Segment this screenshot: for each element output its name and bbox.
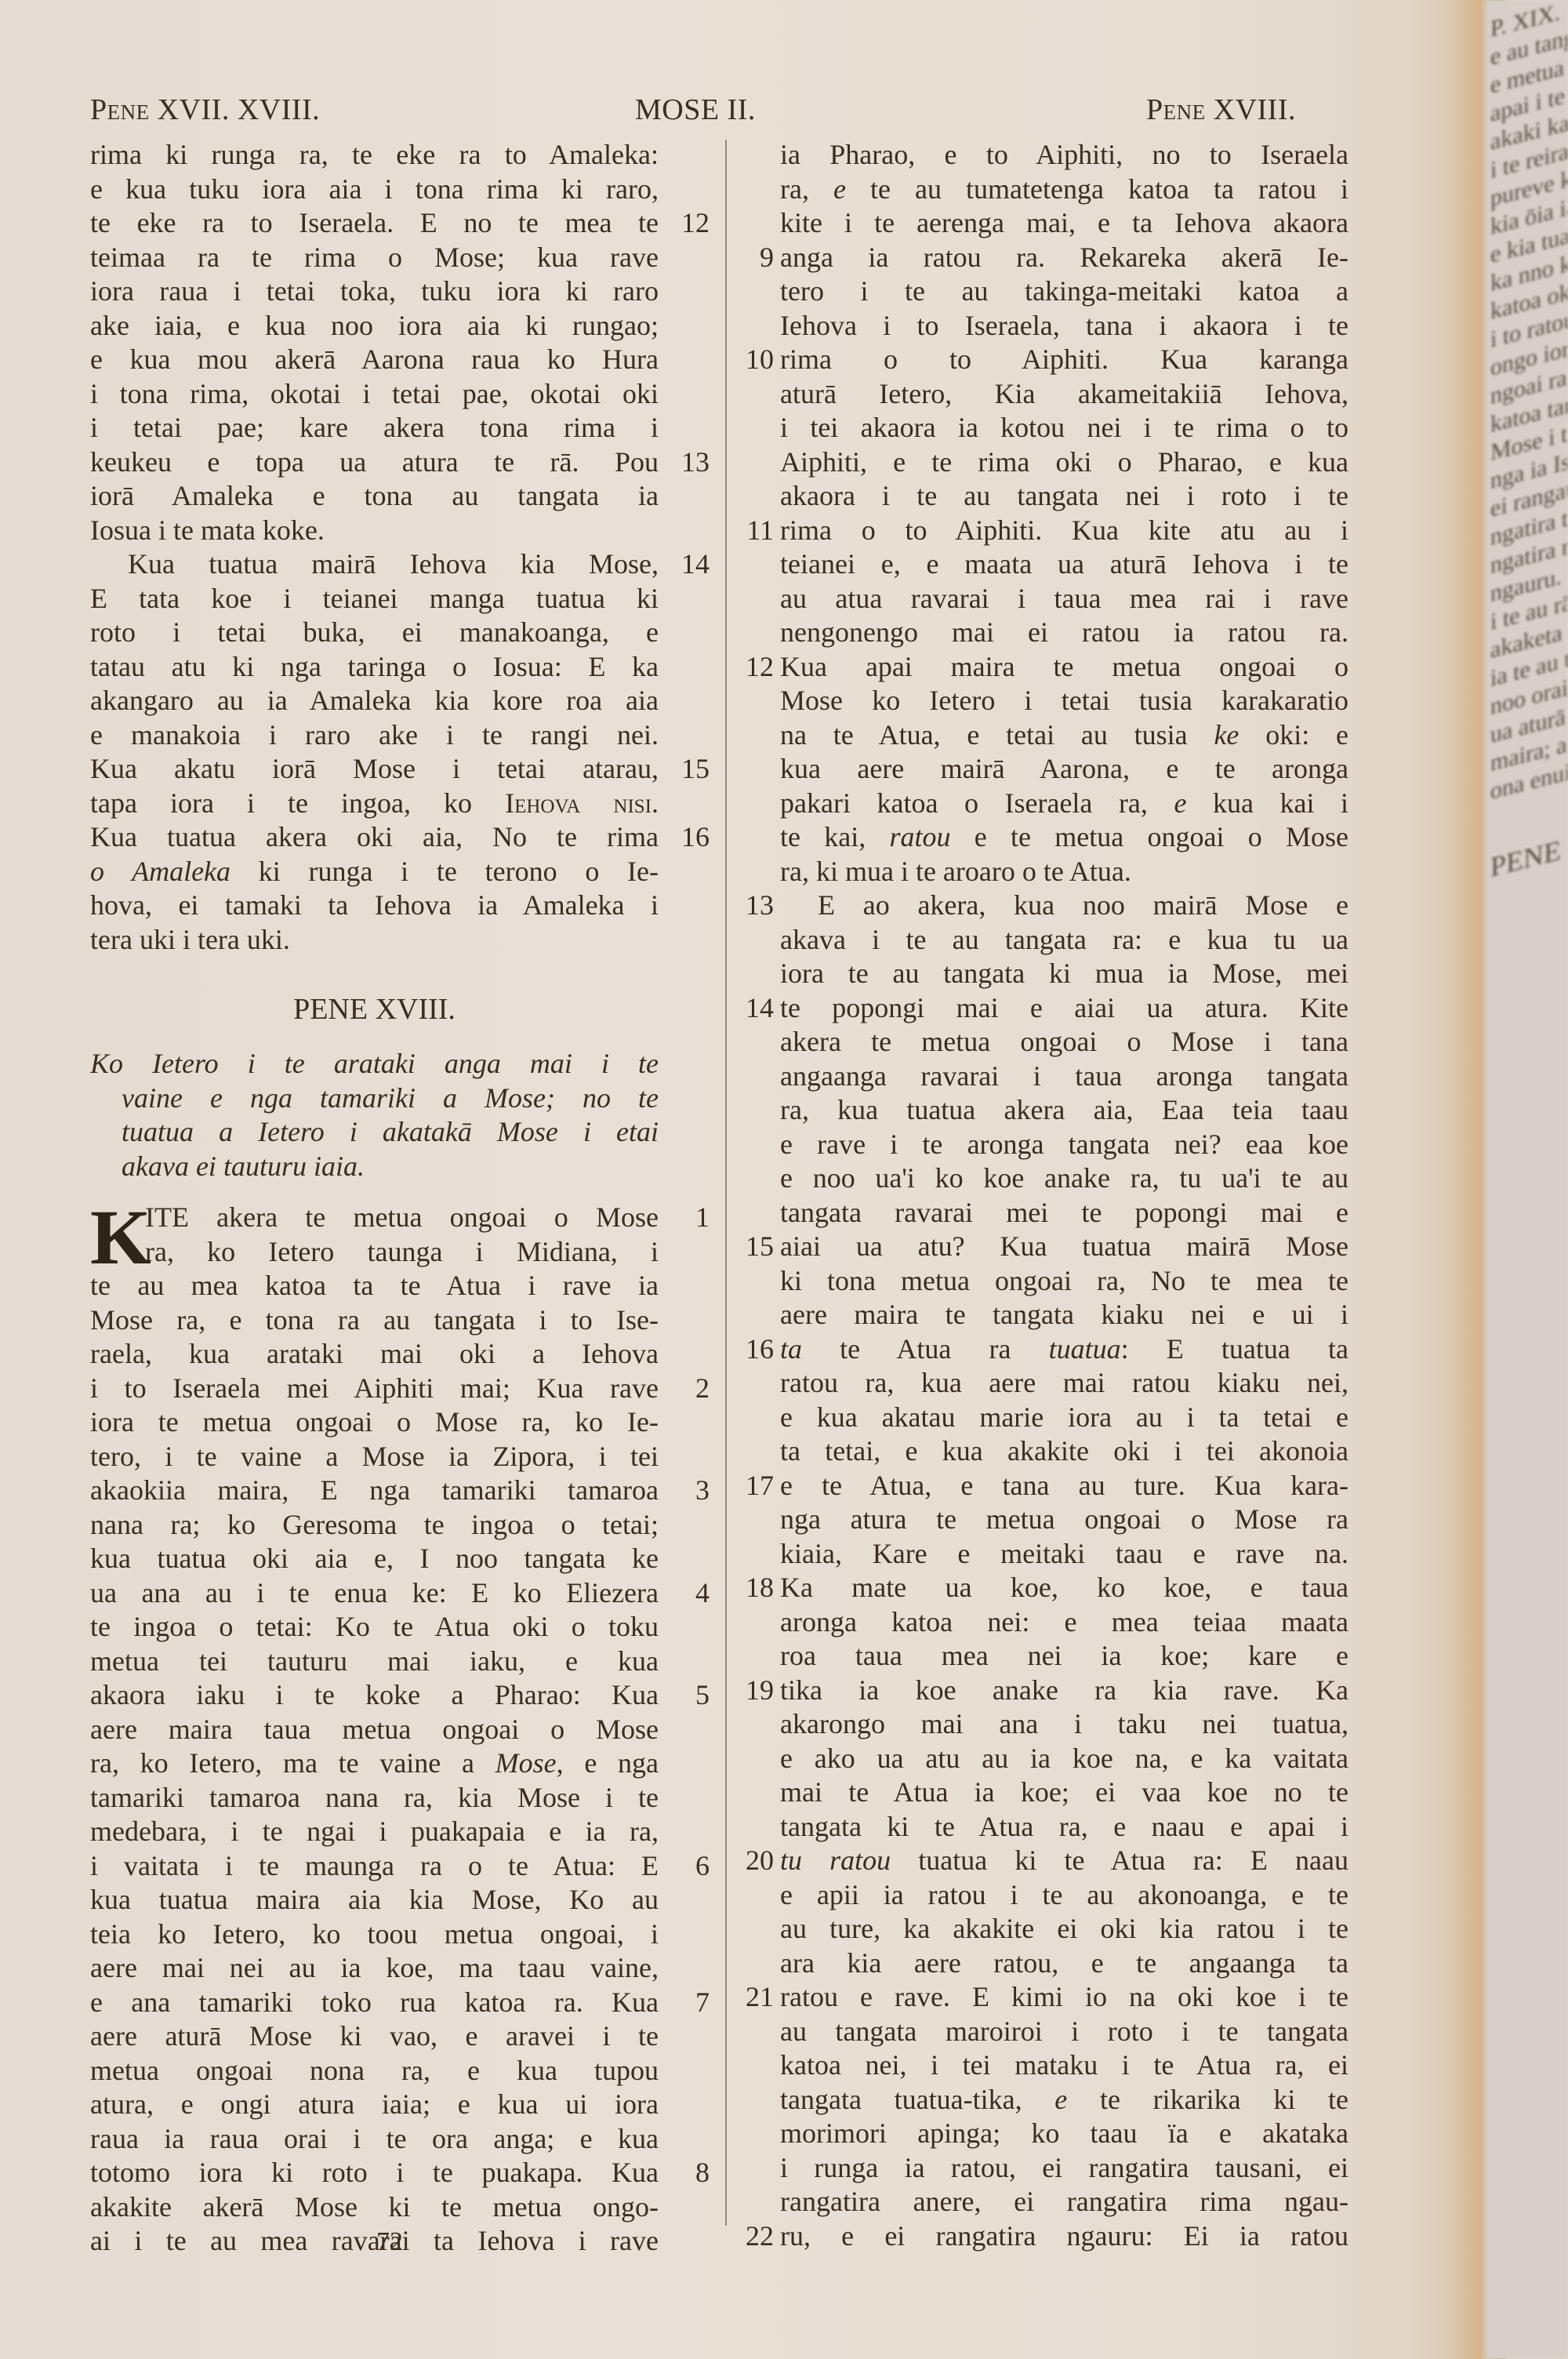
text-line: i tona rima, okotai i tetai pae, okotai … [90, 377, 686, 412]
line-text: i to Iseraela mei Aiphiti mai; Kua rave [90, 1372, 659, 1406]
line-text: akera te metua ongoai o Mose i tana [780, 1025, 1348, 1060]
text-line: i runga ia ratou, ei rangatira tausani, … [733, 2151, 1360, 2186]
line-text: Mose ra, e tona ra au tangata i to Ise- [90, 1303, 659, 1338]
text-line: e ako ua atu au ia koe na, e ka vaitata [733, 1742, 1360, 1776]
text-line: e te Atua, e tana au ture. Kua kara-17 [733, 1469, 1360, 1503]
summary-line: tuatua a Ietero i akatakā Mose i etai [90, 1115, 659, 1150]
text-line: keukeu e topa ua atura te rā. Pou13 [90, 445, 686, 480]
line-text: e kua mou akerā Aarona raua ko Hura [90, 343, 659, 377]
line-text: iora te metua ongoai o Mose ra, ko Ie- [90, 1405, 659, 1440]
text-line: morimori apinga; ko taau ïa e akataka [733, 2117, 1360, 2151]
text-line: tangata tuatua-tika, e te rikarika ki te [733, 2083, 1360, 2117]
line-text: rima o to Aiphiti. Kua kite atu au i [780, 514, 1348, 548]
text-line: raua ia raua orai i te ora anga; e kua [90, 2122, 686, 2157]
verse-number: 2 [670, 1372, 710, 1406]
text-line: aiai ua atu? Kua tuatua mairā Mose15 [733, 1230, 1360, 1264]
text-line: medebara, i te ngai i puakapaia e ia ra, [90, 1815, 686, 1849]
line-text: angaanga ravarai i taua aronga tangata [780, 1060, 1348, 1094]
line-text: E tata koe i teianei manga tuatua ki [90, 582, 659, 616]
text-line: Kua akatu iorā Mose i tetai atarau,15 [90, 752, 686, 787]
line-text: aere aturā Mose ki vao, e aravei i te [90, 2019, 659, 2054]
line-text: ua ana au i te enua ke: E ko Eliezera [90, 1576, 659, 1611]
text-line: akakite akerā Mose ki te metua ongo- [90, 2190, 686, 2225]
line-text: te kai, ratou e te metua ongoai o Mose [780, 820, 1348, 855]
text-line: iorā Amaleka e tona au tangata ia [90, 479, 686, 514]
summary-text: akava ei tauturu iaia. [90, 1150, 659, 1184]
line-text: au ture, ka akakite ei oki kia ratou i t… [780, 1912, 1348, 1946]
verse-number: 4 [670, 1576, 710, 1611]
line-text: rima o to Aiphiti. Kua karanga [780, 343, 1348, 377]
line-text: roa taua mea nei ia koe; kare e [780, 1639, 1348, 1674]
line-text: tero i te au takinga-meitaki katoa a [780, 274, 1348, 309]
text-line: i tetai pae; kare akera tona rima i [90, 411, 686, 445]
text-line: tapa iora i te ingoa, ko Iehova nisi. [90, 787, 686, 821]
summary-line: Ko Ietero i te arataki anga mai i te [90, 1047, 659, 1081]
line-text: raela, kua arataki mai oki a Iehova [90, 1337, 659, 1372]
text-line: kiaia, Kare e meitaki taau e rave na. [733, 1537, 1360, 1572]
line-text: ra, kua tuatua akera aia, Eaa teia taau [780, 1093, 1348, 1128]
text-line: ra, ko Ietero, ma te vaine a Mose, e nga [90, 1747, 686, 1781]
verse-number: 13 [733, 889, 774, 923]
line-text: rangatira anere, ei rangatira rima ngau- [780, 2185, 1348, 2219]
text-line: katoa nei, i tei mataku i te Atua ra, ei [733, 2048, 1360, 2083]
text-line: e rave i te aronga tangata nei? eaa koe [733, 1128, 1360, 1162]
line-text: atura, e ongi atura iaia; e kua ui iora [90, 2088, 659, 2122]
verse-number: 15 [670, 752, 710, 787]
line-text: te au mea katoa ta te Atua i rave ia [90, 1269, 659, 1303]
line-text: metua ongoai nona ra, e kua tupou [90, 2054, 659, 2088]
text-line: Aiphiti, e te rima oki o Pharao, e kua [733, 445, 1360, 480]
text-line: akaora i te au tangata nei i roto i te [733, 479, 1360, 514]
line-text: e te Atua, e tana au ture. Kua kara- [780, 1469, 1348, 1503]
text-line: mai te Atua ia koe; ei vaa koe no te [733, 1776, 1360, 1810]
line-text: kite i te aerenga mai, e ta Iehova akaor… [780, 206, 1348, 241]
text-line: i tei akaora ia kotou nei i te rima o to [733, 411, 1360, 445]
line-text: i runga ia ratou, ei rangatira tausani, … [780, 2151, 1348, 2186]
verse-number: 18 [733, 1571, 774, 1605]
line-text: e apii ia ratou i te au akonoanga, e te [780, 1878, 1348, 1913]
verse-number: 10 [733, 343, 774, 377]
text-line: anga ia ratou ra. Rekareka akerā Ie-9 [733, 241, 1360, 275]
text-line: au atua ravarai i taua mea rai i rave [733, 582, 1360, 616]
text-line: ra, kua tuatua akera aia, Eaa teia taau [733, 1093, 1360, 1128]
text-line: Kua tuatua akera oki aia, No te rima16 [90, 820, 686, 855]
verse-number: 17 [733, 1469, 774, 1503]
line-text: aere maira te tangata kiaku nei e ui i [780, 1298, 1348, 1332]
line-text: akarongo mai ana i taku nei tuatua, [780, 1707, 1348, 1742]
verse-number: 9 [733, 241, 774, 275]
text-line: ratou e rave. E kimi io na oki koe i te2… [733, 1980, 1360, 2015]
running-head-left: Pene XVII. XVIII. [90, 93, 320, 127]
line-text: akaora iaku i te koke a Pharao: Kua [90, 1678, 659, 1713]
text-line: tangata ravarai mei te popongi mai e [733, 1196, 1360, 1230]
text-line: ra, ki mua i te aroaro o te Atua. [733, 855, 1360, 889]
verse-number: 20 [733, 1844, 774, 1878]
text-line: au tangata maroiroi i roto i te tangata [733, 2015, 1360, 2049]
text-line: ta tetai, e kua akakite oki i tei akonoi… [733, 1434, 1360, 1469]
chapter-summary: Ko Ietero i te arataki anga mai i tevain… [90, 1047, 659, 1183]
text-line: tero i te au takinga-meitaki katoa a [733, 274, 1360, 309]
text-line: Kua apai maira te metua ongoai o12 [733, 650, 1360, 685]
line-text: tapa iora i te ingoa, ko Iehova nisi. [90, 787, 659, 821]
line-text: nengonengo mai ei ratou ia ratou ra. [780, 616, 1348, 650]
line-text: katoa nei, i tei mataku i te Atua ra, ei [780, 2048, 1348, 2083]
verse-number: 22 [733, 2219, 774, 2254]
verse-number: 21 [733, 1980, 774, 2015]
text-line: rima o to Aiphiti. Kua kite atu au i11 [733, 514, 1360, 548]
line-text: Iehova i to Iseraela, tana i akaora i te [780, 309, 1348, 343]
text-line: aere aturā Mose ki vao, e aravei i te [90, 2019, 686, 2054]
text-line: akaora iaku i te koke a Pharao: Kua5 [90, 1678, 686, 1713]
text-line: teia ko Ietero, ko toou metua ongoai, i [90, 1917, 686, 1952]
text-line: o Amaleka ki runga i te terono o Ie- [90, 855, 686, 889]
line-text: te eke ra to Iseraela. E no te mea te [90, 206, 659, 241]
text-line: tera uki i tera uki. [90, 923, 686, 958]
right-column: ia Pharao, e to Aiphiti, no to Iseraelar… [733, 138, 1360, 2253]
line-text: Kua tuatua akera oki aia, No te rima [90, 820, 659, 855]
text-line: rima ki runga ra, te eke ra to Amaleka: [90, 138, 686, 173]
text-line: akarongo mai ana i taku nei tuatua, [733, 1707, 1360, 1742]
line-text: ratou e rave. E kimi io na oki koe i te [780, 1980, 1348, 2015]
text-line: tangata ki te Atua ra, e naau e apai i [733, 1810, 1360, 1845]
line-text: akakite akerā Mose ki te metua ongo- [90, 2190, 659, 2225]
line-text: tu ratou tuatua ki te Atua ra: E naau [780, 1844, 1348, 1878]
line-text: e kua akatau marie iora au i ta tetai e [780, 1401, 1348, 1435]
line-text: metua tei tauturu mai iaku, e kua [90, 1645, 659, 1679]
verse-number: 14 [733, 991, 774, 1026]
chapter-17-continued: rima ki runga ra, te eke ra to Amaleka:e… [90, 138, 686, 957]
running-head-book-title: MOSE II. [635, 93, 756, 127]
text-line: iora te au tangata ki mua ia Mose, mei [733, 957, 1360, 991]
text-line: ra, e te au tumatetenga katoa ta ratou i [733, 173, 1360, 207]
line-text: o Amaleka ki runga i te terono o Ie- [90, 855, 659, 889]
line-text: au atua ravarai i taua mea rai i rave [780, 582, 1348, 616]
line-text: i vaitata i te maunga ra o te Atua: E [90, 1849, 659, 1884]
text-line: e noo ua'i ko koe anake ra, tu ua'i te a… [733, 1161, 1360, 1196]
text-line: kua tuatua oki aia e, I noo tangata ke [90, 1542, 686, 1576]
text-line: e kua tuku iora aia i tona rima ki raro, [90, 173, 686, 207]
line-text: iorā Amaleka e tona au tangata ia [90, 479, 659, 514]
line-text: kua aere mairā Aarona, e te aronga [780, 752, 1348, 787]
text-line: te au mea katoa ta te Atua i rave ia [90, 1269, 686, 1303]
line-text: mai te Atua ia koe; ei vaa koe no te [780, 1776, 1348, 1810]
facing-chapter-title: PENE XIX. [1490, 834, 1568, 881]
line-text: Aiphiti, e te rima oki o Pharao, e kua [780, 445, 1348, 480]
line-text: totomo iora ki roto i te puakapa. Kua [90, 2156, 659, 2190]
line-text: au tangata maroiroi i roto i te tangata [780, 2015, 1348, 2049]
text-line: au ture, ka akakite ei oki kia ratou i t… [733, 1912, 1360, 1946]
line-text: i tei akaora ia kotou nei i te rima o to [780, 411, 1348, 445]
verse-number: 12 [670, 206, 710, 241]
line-text: keukeu e topa ua atura te rā. Pou [90, 445, 659, 480]
line-text: ta te Atua ra tuatua: E tuatua ta [780, 1332, 1348, 1367]
verse-number: 12 [733, 650, 774, 685]
text-line: i to Iseraela mei Aiphiti mai; Kua rave2 [90, 1372, 686, 1406]
verse-number: 5 [670, 1678, 710, 1713]
line-text: aturā Ietero, Kia akameitakiiā Iehova, [780, 377, 1348, 412]
line-text: Mose ko Ietero i tetai tusia karakaratio [780, 684, 1348, 718]
line-text: Kua tuatua mairā Iehova kia Mose, [90, 547, 659, 582]
text-line: E tata koe i teianei manga tuatua ki [90, 582, 686, 616]
chapter-18-body: K ITE akera te metua ongoai o Mose1ra, k… [90, 1201, 686, 2259]
line-text: kua tuatua maira aia kia Mose, Ko au [90, 1883, 659, 1917]
line-text: ra, ki mua i te aroaro o te Atua. [780, 855, 1348, 889]
book-page: Pene XVII. XVIII. MOSE II. Pene XVIII. r… [0, 0, 1482, 2359]
line-text: ai i te au mea ravarai ta Iehova i rave [90, 2224, 659, 2259]
summary-text: Ko Ietero i te arataki anga mai i te [90, 1047, 659, 1081]
line-text: iora raua i tetai toka, tuku iora ki rar… [90, 274, 659, 309]
line-text: te ingoa o tetai: Ko te Atua oki o toku [90, 1610, 659, 1645]
text-line: ua ana au i te enua ke: E ko Eliezera4 [90, 1576, 686, 1611]
line-text: anga ia ratou ra. Rekareka akerā Ie- [780, 241, 1348, 275]
text-line: pakari katoa o Iseraela ra, e kua kai i [733, 787, 1360, 821]
line-text: tangata tuatua-tika, e te rikarika ki te [780, 2083, 1348, 2117]
line-text: e manakoia i raro ake i te rangi nei. [90, 718, 659, 753]
text-line: ra, ko Ietero taunga i Midiana, i [90, 1235, 686, 1270]
text-line: kua aere mairā Aarona, e te aronga [733, 752, 1360, 787]
line-text: ra, ko Ietero, ma te vaine a Mose, e nga [90, 1747, 659, 1781]
text-line: kite i te aerenga mai, e ta Iehova akaor… [733, 206, 1360, 241]
text-line: te kai, ratou e te metua ongoai o Mose [733, 820, 1360, 855]
line-text: i tetai pae; kare akera tona rima i [90, 411, 659, 445]
summary-line: vaine e nga tamariki a Mose; no te [90, 1081, 659, 1116]
line-text: ra, e te au tumatetenga katoa ta ratou i [780, 173, 1348, 207]
line-text: tangata ravarai mei te popongi mai e [780, 1196, 1348, 1230]
text-line: akera te metua ongoai o Mose i tana [733, 1025, 1360, 1060]
chapter-18-continued: ia Pharao, e to Aiphiti, no to Iseraelar… [733, 138, 1360, 2253]
line-text: aiai ua atu? Kua tuatua mairā Mose [780, 1230, 1348, 1264]
text-line: aturā Ietero, Kia akameitakiiā Iehova, [733, 377, 1360, 412]
text-line: ITE akera te metua ongoai o Mose1 [90, 1201, 686, 1235]
column-divider [725, 140, 727, 2226]
verse-number: 6 [670, 1849, 710, 1884]
line-text: Iosua i te mata koke. [90, 514, 659, 548]
line-text: ia Pharao, e to Aiphiti, no to Iseraela [780, 138, 1348, 173]
summary-line: akava ei tauturu iaia. [90, 1150, 659, 1184]
facing-page-edge: P. XIX. e au tangata neie metua maataapa… [1486, 0, 1568, 2359]
text-line: iora raua i tetai toka, tuku iora ki rar… [90, 274, 686, 309]
verse-number: 7 [670, 1986, 710, 2020]
line-text: ratou ra, kua aere mai ratou kiaku nei, [780, 1366, 1348, 1401]
page-number: 72 [376, 2227, 403, 2257]
text-line: na te Atua, e tetai au tusia ke oki: e [733, 718, 1360, 753]
line-text: e kua tuku iora aia i tona rima ki raro, [90, 173, 659, 207]
line-text: iora te au tangata ki mua ia Mose, mei [780, 957, 1348, 991]
text-line: roto i tetai buka, ei manakoanga, e [90, 616, 686, 650]
line-text: medebara, i te ngai i puakapaia e ia ra, [90, 1815, 659, 1849]
text-line: Mose ra, e tona ra au tangata i to Ise- [90, 1303, 686, 1338]
text-line: ara kia aere ratou, e te angaanga ta [733, 1946, 1360, 1981]
text-line: ake iaia, e kua noo iora aia ki rungao; [90, 309, 686, 343]
line-text: akangaro au ia Amaleka kia kore roa aia [90, 684, 659, 718]
text-line: te popongi mai e aiai ua atura. Kite14 [733, 991, 1360, 1026]
line-text: i tona rima, okotai i tetai pae, okotai … [90, 377, 659, 412]
line-text: e ana tamariki toko rua katoa ra. Kua [90, 1986, 659, 2020]
text-line: teimaa ra te rima o Mose; kua rave [90, 241, 686, 275]
text-line: aere maira te tangata kiaku nei e ui i [733, 1298, 1360, 1332]
line-text: akava i te au tangata ra: e kua tu ua [780, 923, 1348, 958]
line-text: roto i tetai buka, ei manakoanga, e [90, 616, 659, 650]
text-line: ratou ra, kua aere mai ratou kiaku nei, [733, 1366, 1360, 1401]
text-line: atura, e ongi atura iaia; e kua ui iora [90, 2088, 686, 2122]
text-line: metua ongoai nona ra, e kua tupou [90, 2054, 686, 2088]
text-line: e manakoia i raro ake i te rangi nei. [90, 718, 686, 753]
line-text: e noo ua'i ko koe anake ra, tu ua'i te a… [780, 1161, 1348, 1196]
text-line: rangatira anere, ei rangatira rima ngau- [733, 2185, 1360, 2219]
verse-number: 13 [670, 445, 710, 480]
line-text: e rave i te aronga tangata nei? eaa koe [780, 1128, 1348, 1162]
line-text: e ako ua atu au ia koe na, e ka vaitata [780, 1742, 1348, 1776]
line-text: E ao akera, kua noo mairā Mose e [780, 889, 1348, 923]
text-line: akangaro au ia Amaleka kia kore roa aia [90, 684, 686, 718]
line-text: teianei e, e maata ua aturā Iehova i te [780, 547, 1348, 582]
verse-number: 1 [670, 1201, 710, 1235]
running-head-right: Pene XVIII. [1146, 93, 1296, 127]
line-text: nana ra; ko Geresoma te ingoa o tetai; [90, 1508, 659, 1543]
text-line: akava i te au tangata ra: e kua tu ua [733, 923, 1360, 958]
text-line: i vaitata i te maunga ra o te Atua: E6 [90, 1849, 686, 1884]
line-text: kiaia, Kare e meitaki taau e rave na. [780, 1537, 1348, 1572]
text-line: Iehova i to Iseraela, tana i akaora i te [733, 309, 1360, 343]
text-line: roa taua mea nei ia koe; kare e [733, 1639, 1360, 1674]
text-line: aere maira taua metua ongoai o Mose [90, 1713, 686, 1747]
line-text: morimori apinga; ko taau ïa e akataka [780, 2117, 1348, 2151]
text-line: iora te metua ongoai o Mose ra, ko Ie- [90, 1405, 686, 1440]
line-text: ru, e ei rangatira ngauru: Ei ia ratou [780, 2219, 1348, 2254]
text-line: rima o to Aiphiti. Kua karanga10 [733, 343, 1360, 377]
text-line: tamariki tamaroa nana ra, kia Mose i te [90, 1781, 686, 1816]
text-line: tu ratou tuatua ki te Atua ra: E naau20 [733, 1844, 1360, 1878]
text-line: ta te Atua ra tuatua: E tuatua ta16 [733, 1332, 1360, 1367]
text-line: Iosua i te mata koke. [90, 514, 686, 548]
text-line: e kua mou akerā Aarona raua ko Hura [90, 343, 686, 377]
text-line: te ingoa o tetai: Ko te Atua oki o toku [90, 1610, 686, 1645]
line-text: aere mai nei au ia koe, ma taau vaine, [90, 1951, 659, 1986]
line-text: tamariki tamaroa nana ra, kia Mose i te [90, 1781, 659, 1816]
line-text: ta tetai, e kua akakite oki i tei akonoi… [780, 1434, 1348, 1469]
line-text: nga atura te metua ongoai o Mose ra [780, 1503, 1348, 1537]
line-text: na te Atua, e tetai au tusia ke oki: e [780, 718, 1348, 753]
verse-number: 15 [733, 1230, 774, 1264]
text-line: tatau atu ki nga taringa o Iosua: E ka [90, 650, 686, 685]
line-text: ra, ko Ietero taunga i Midiana, i [90, 1235, 659, 1270]
line-text: tatau atu ki nga taringa o Iosua: E ka [90, 650, 659, 685]
text-line: Mose ko Ietero i tetai tusia karakaratio [733, 684, 1360, 718]
line-text: rima ki runga ra, te eke ra to Amaleka: [90, 138, 659, 173]
line-text: ki tona metua ongoai ra, No te mea te [780, 1264, 1348, 1299]
line-text: te popongi mai e aiai ua atura. Kite [780, 991, 1348, 1026]
line-text: teimaa ra te rima o Mose; kua rave [90, 241, 659, 275]
line-text: Kua akatu iorā Mose i tetai atarau, [90, 752, 659, 787]
line-text: pakari katoa o Iseraela ra, e kua kai i [780, 787, 1348, 821]
text-line: angaanga ravarai i taua aronga tangata [733, 1060, 1360, 1094]
verse-number: 3 [670, 1474, 710, 1508]
verse-number: 8 [670, 2156, 710, 2190]
text-line: tero, i te vaine a Mose ia Zipora, i tei [90, 1440, 686, 1474]
line-text: aronga katoa nei: e mea teiaa maata [780, 1605, 1348, 1640]
text-line: raela, kua arataki mai oki a Iehova [90, 1337, 686, 1372]
text-line: te eke ra to Iseraela. E no te mea te12 [90, 206, 686, 241]
text-line: teianei e, e maata ua aturā Iehova i te [733, 547, 1360, 582]
text-line: nengonengo mai ei ratou ia ratou ra. [733, 616, 1360, 650]
line-text: Kua apai maira te metua ongoai o [780, 650, 1348, 685]
text-line: hova, ei tamaki ta Iehova ia Amaleka i [90, 889, 686, 923]
line-text: tangata ki te Atua ra, e naau e apai i [780, 1810, 1348, 1845]
summary-text: tuatua a Ietero i akatakā Mose i etai [90, 1115, 659, 1150]
line-text: raua ia raua orai i te ora anga; e kua [90, 2122, 659, 2157]
text-line: akaokiia maira, E nga tamariki tamaroa3 [90, 1474, 686, 1508]
text-line: Ka mate ua koe, ko koe, e taua18 [733, 1571, 1360, 1605]
line-text: tika ia koe anake ra kia rave. Ka [780, 1674, 1348, 1708]
text-line: tika ia koe anake ra kia rave. Ka19 [733, 1674, 1360, 1708]
text-line: ru, e ei rangatira ngauru: Ei ia ratou22 [733, 2219, 1360, 2254]
verse-number: 14 [670, 547, 710, 582]
verse-number: 19 [733, 1674, 774, 1708]
chapter-title: PENE XVIII. [90, 957, 659, 1047]
line-text: akaokiia maira, E nga tamariki tamaroa [90, 1474, 659, 1508]
text-line: nga atura te metua ongoai o Mose ra [733, 1503, 1360, 1537]
line-text: kua tuatua oki aia e, I noo tangata ke [90, 1542, 659, 1576]
text-line: e apii ia ratou i te au akonoanga, e te [733, 1878, 1360, 1913]
line-text: ITE akera te metua ongoai o Mose [90, 1201, 659, 1235]
verse-number: 11 [733, 514, 774, 548]
line-text: ara kia aere ratou, e te angaanga ta [780, 1946, 1348, 1981]
text-line: kua tuatua maira aia kia Mose, Ko au [90, 1883, 686, 1917]
text-line: totomo iora ki roto i te puakapa. Kua8 [90, 2156, 686, 2190]
text-line: E ao akera, kua noo mairā Mose e13 [733, 889, 1360, 923]
summary-text: vaine e nga tamariki a Mose; no te [90, 1081, 659, 1116]
line-text: aere maira taua metua ongoai o Mose [90, 1713, 659, 1747]
text-line: e kua akatau marie iora au i ta tetai e [733, 1401, 1360, 1435]
verse-number: 16 [670, 820, 710, 855]
line-text: hova, ei tamaki ta Iehova ia Amaleka i [90, 889, 659, 923]
verse-number: 16 [733, 1332, 774, 1367]
line-text: tero, i te vaine a Mose ia Zipora, i tei [90, 1440, 659, 1474]
text-line: Kua tuatua mairā Iehova kia Mose,14 [90, 547, 686, 582]
text-line: e ana tamariki toko rua katoa ra. Kua7 [90, 1986, 686, 2020]
line-text: akaora i te au tangata nei i roto i te [780, 479, 1348, 514]
line-text: ake iaia, e kua noo iora aia ki rungao; [90, 309, 659, 343]
text-line: metua tei tauturu mai iaku, e kua [90, 1645, 686, 1679]
line-text: teia ko Ietero, ko toou metua ongoai, i [90, 1917, 659, 1952]
text-line: nana ra; ko Geresoma te ingoa o tetai; [90, 1508, 686, 1543]
text-line: ki tona metua ongoai ra, No te mea te [733, 1264, 1360, 1299]
line-text: Ka mate ua koe, ko koe, e taua [780, 1571, 1348, 1605]
text-line: aere mai nei au ia koe, ma taau vaine, [90, 1951, 686, 1986]
line-text: tera uki i tera uki. [90, 923, 659, 958]
text-line: ia Pharao, e to Aiphiti, no to Iseraela [733, 138, 1360, 173]
text-line: aronga katoa nei: e mea teiaa maata [733, 1605, 1360, 1640]
left-column: rima ki runga ra, te eke ra to Amaleka:e… [90, 138, 686, 2259]
